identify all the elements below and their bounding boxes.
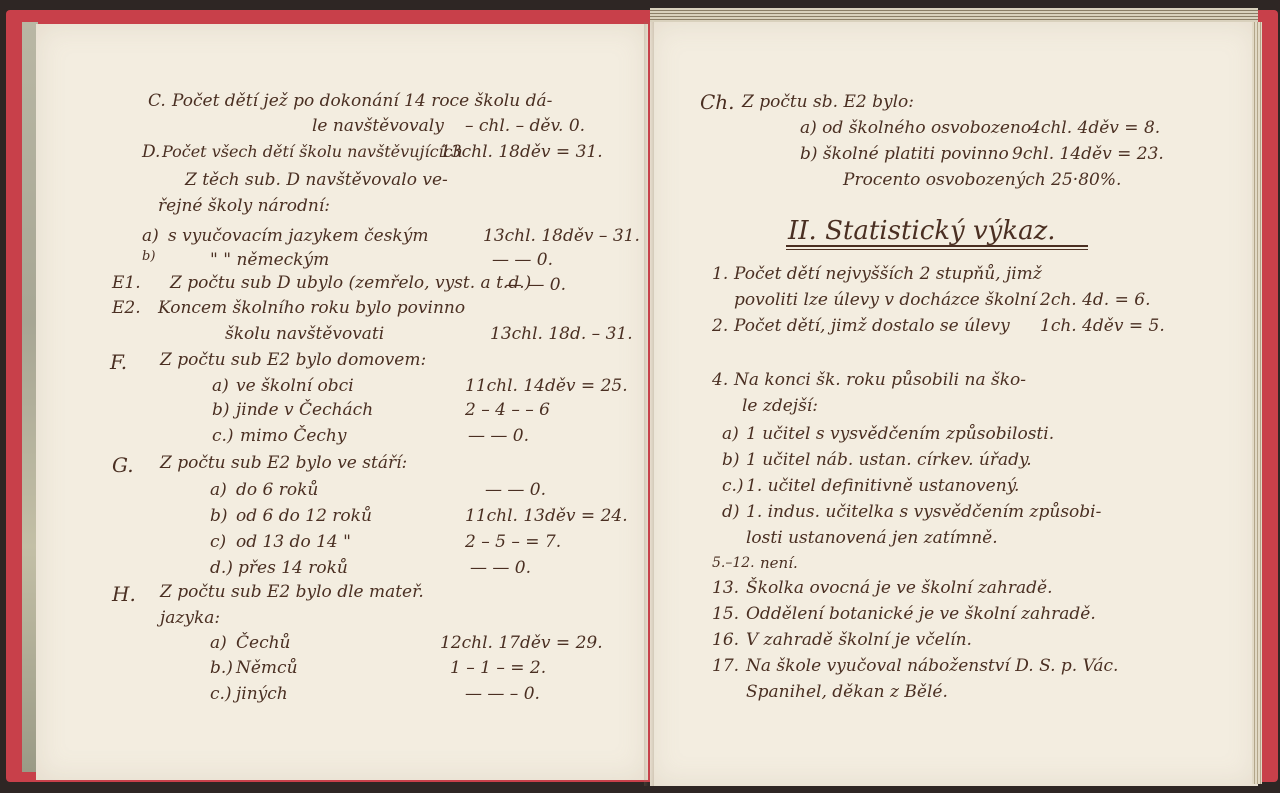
item-num: c.) [722, 478, 744, 495]
item-num: 17. [712, 658, 739, 675]
line-value: — — 0. [468, 428, 529, 445]
page-edges-top [650, 8, 1258, 22]
label: a) [142, 228, 159, 245]
label: F. [110, 352, 127, 372]
line-text: Počet dětí jež po dokonání 14 roce školu… [172, 93, 552, 110]
label: Ch. [700, 92, 735, 112]
line-text: Počet všech dětí školu navštěvujících [162, 144, 463, 160]
line-text: " " německým [210, 252, 329, 269]
line-text: Z počtu sub E2 bylo dle mateř. [160, 584, 424, 601]
line-text: přes 14 roků [238, 560, 348, 577]
line-value: 11chl. 14děv = 25. [465, 378, 628, 395]
line-text: Z počtu sub E2 bylo ve stáří: [160, 455, 407, 472]
line-value: – chl. – děv. 0. [465, 118, 585, 135]
line-text: Z těch sub. D navštěvovalo ve- [185, 172, 448, 189]
line-value: 2 – 5 – = 7. [465, 534, 561, 551]
line-text: s vyučovacím jazykem českým [168, 228, 428, 245]
item-value: 2ch. 4d. = 6. [1040, 292, 1150, 309]
line-text: od 13 do 14 " [236, 534, 351, 551]
line-text: Koncem školního roku bylo povinno [158, 300, 465, 317]
item-text: Školka ovocná je ve školní zahradě. [746, 580, 1052, 597]
line-text: Z počtu sub D ubylo (zemřelo, vyst. a t.… [170, 275, 531, 292]
line-text: ve školní obci [236, 378, 354, 395]
percent-line: Procento osvobozených 25·80%. [843, 172, 1121, 189]
line-text: školu navštěvovati [225, 326, 384, 343]
line-text: Němců [236, 660, 298, 677]
line-text: Z počtu sb. E2 bylo: [742, 94, 914, 111]
item-text: není. [760, 556, 798, 571]
line-value: — — 0. [492, 252, 553, 269]
label: c.) [210, 686, 232, 703]
line-text: od 6 do 12 roků [236, 508, 372, 525]
label: b.) [210, 660, 233, 677]
line-text: do 6 roků [236, 482, 318, 499]
item-num: b) [722, 452, 740, 469]
item-text: Na konci šk. roku působili na ško- [734, 372, 1026, 389]
label: b) [212, 402, 230, 419]
line-text: b) školné platiti povinno [800, 146, 1009, 163]
book-gutter [644, 22, 654, 786]
item-num: 2. [712, 318, 728, 335]
label: c.) [212, 428, 234, 445]
line-value: 13chl. 18d. – 31. [490, 326, 633, 343]
line-text: le navštěvovaly [312, 118, 444, 135]
line-text: a) od školného osvobozeno [800, 120, 1031, 137]
item-text: 1. učitel definitivně ustanovený. [746, 478, 1019, 495]
label: b) [210, 508, 228, 525]
item-num: 5.–12. [712, 556, 755, 570]
line-text: Čechů [236, 635, 291, 652]
label: H. [112, 584, 136, 604]
section-heading: II. Statistický výkaz. [788, 216, 1056, 246]
heading-underline [786, 249, 1088, 250]
line-value: 13chl. 18děv – 31. [483, 228, 640, 245]
label: c) [210, 534, 226, 551]
item-text: Spanihel, děkan z Bělé. [746, 684, 948, 701]
item-num: 13. [712, 580, 739, 597]
label: b) [142, 250, 155, 263]
line-value: 9chl. 14děv = 23. [1012, 146, 1164, 163]
line-value: 11chl. 13děv = 24. [465, 508, 628, 525]
line-value: — — – 0. [465, 686, 540, 703]
line-value: — — 0. [485, 482, 546, 499]
item-text: Na škole vyučoval náboženství D. S. p. V… [746, 658, 1118, 675]
line-text: řejné školy národní: [158, 198, 330, 215]
line-value: 1 – 1 – = 2. [450, 660, 546, 677]
item-text: Oddělení botanické je ve školní zahradě. [746, 606, 1096, 623]
heading-underline [786, 245, 1088, 247]
line-value: 13chl. 18děv = 31. [440, 144, 603, 161]
line-text: mimo Čechy [240, 428, 346, 445]
item-text: 1. indus. učitelka s vysvědčením způsobi… [746, 504, 1101, 521]
label: a) [210, 482, 227, 499]
label: a) [212, 378, 229, 395]
item-text: povoliti lze úlevy v docházce školní [734, 292, 1036, 309]
line-value: 4chl. 4děv = 8. [1030, 120, 1160, 137]
label: E2. [112, 300, 141, 317]
line-value: — — 0. [470, 560, 531, 577]
item-text: V zahradě školní je včelín. [746, 632, 972, 649]
label: C. [148, 93, 166, 110]
item-text: 1 učitel s vysvědčením způsobilosti. [746, 426, 1054, 443]
line-text: Z počtu sub E2 bylo domovem: [160, 352, 426, 369]
item-num: 4. [712, 372, 728, 389]
line-value: 12chl. 17děv = 29. [440, 635, 603, 652]
line-text: jazyka: [160, 610, 220, 627]
item-value: 1ch. 4děv = 5. [1040, 318, 1165, 335]
item-text: losti ustanovená jen zatímně. [746, 530, 998, 547]
line-value: — — 0. [505, 277, 566, 294]
item-num: 16. [712, 632, 739, 649]
label: D. [142, 144, 160, 161]
label: E1. [112, 275, 141, 292]
line-text: jiných [236, 686, 288, 703]
label: a) [210, 635, 227, 652]
line-text: jinde v Čechách [236, 402, 373, 419]
item-text: le zdejší: [742, 398, 818, 415]
item-text: Počet dětí, jimž dostalo se úlevy [734, 318, 1010, 335]
page-edges-right [1252, 22, 1262, 784]
item-num: 1. [712, 266, 728, 283]
item-text: Počet dětí nejvyšších 2 stupňů, jimž [734, 266, 1042, 283]
label: G. [112, 455, 134, 475]
item-num: d) [722, 504, 740, 521]
item-num: 15. [712, 606, 739, 623]
line-value: 2 – 4 – – 6 [465, 402, 550, 419]
item-text: 1 učitel náb. ustan. církev. úřady. [746, 452, 1032, 469]
label: d.) [210, 560, 233, 577]
item-num: a) [722, 426, 739, 443]
